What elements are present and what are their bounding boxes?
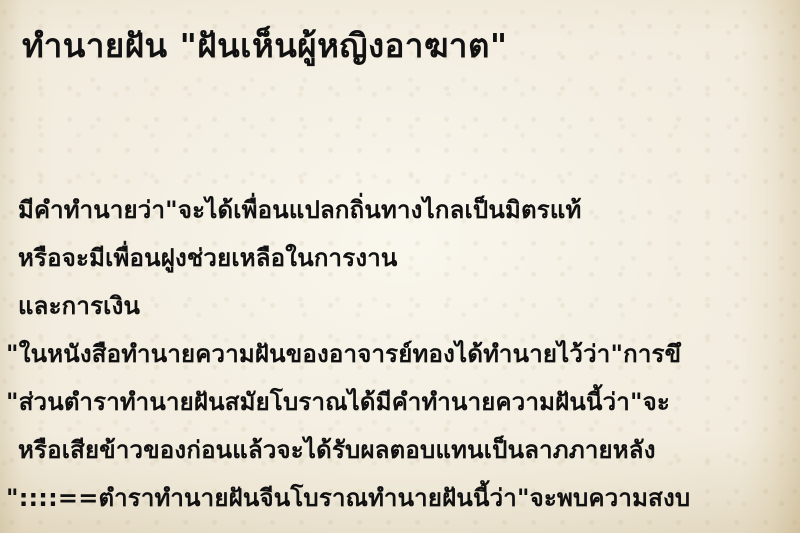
ancient-text-prediction: "ส่วนตำราทำนายฝันสมัยโบราณได้มีคำทำนายคว… <box>6 382 670 422</box>
chinese-text-prediction: "::::==ตำราทำนายฝันจีนโบราณทำนายฝันนี้ว่… <box>6 478 690 518</box>
prediction-line-2: หรือจะมีเพื่อนฝูงช่วยเหลือในการงาน <box>18 238 398 278</box>
acharn-thong-prediction: "ในหนังสือทำนายความฝันของอาจารย์ทองได้ทำ… <box>6 334 681 374</box>
page-title: ทำนายฝัน "ฝันเห็นผู้หญิงอาฆาต" <box>22 16 508 76</box>
ancient-text-prediction-continued: หรือเสียข้าวของก่อนแล้วจะได้รับผลตอบแทนเ… <box>18 430 656 470</box>
prediction-line-3: และการเงิน <box>18 286 140 326</box>
prediction-line-1: มีคำทำนายว่า"จะได้เพื่อนแปลกถิ่นทางไกลเป… <box>18 190 582 230</box>
